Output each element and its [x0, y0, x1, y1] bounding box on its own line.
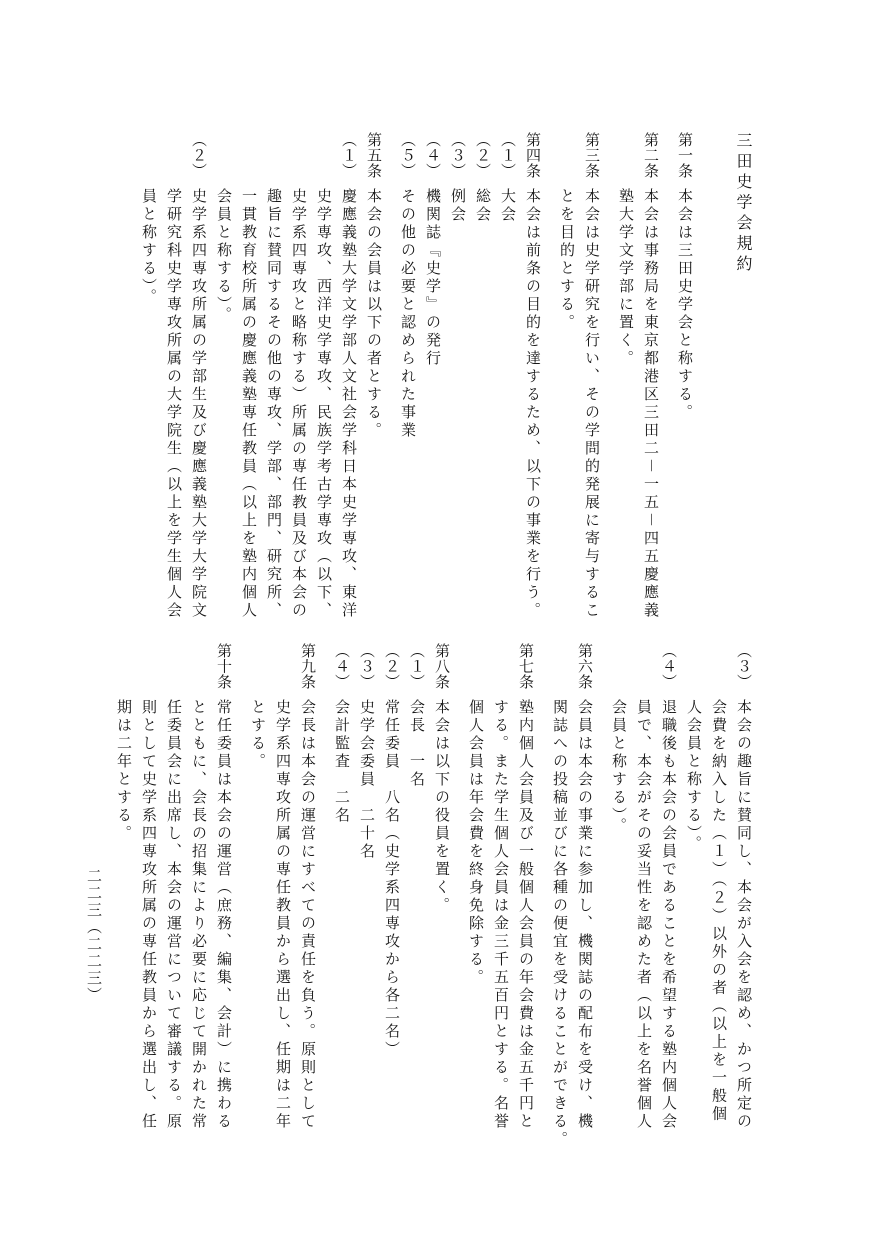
- lower-text-band: （３） 本会の趣旨に賛同し、本会が入会を認め、かつ所定の 会費を納入した（１）（…: [110, 643, 755, 1149]
- column-text: 会員と称する）。: [605, 643, 630, 1149]
- column-text: 史学系四専攻所属の学部生及び慶應義塾大学大学院文: [185, 132, 210, 620]
- article-number: 第一条: [671, 132, 696, 179]
- column-text: 員と称する）。: [135, 132, 160, 620]
- column-text: 関誌への投稿並びに各種の便宜を受けることができる。: [546, 643, 571, 1149]
- text-column: 史学専攻、西洋史学専攻、民族学考古学専攻（以下、: [310, 132, 335, 620]
- column-text: 本会は以下の役員を置く。: [428, 643, 453, 1149]
- text-column: 第八条 本会は以下の役員を置く。: [428, 643, 453, 1149]
- column-text: 常任委員は本会の運営（庶務、編集、会計）に携わる: [210, 643, 235, 1149]
- text-column: （４） 会計監査 二名: [328, 643, 353, 1149]
- text-column: 第九条 会長は本会の運営にすべての責任を負う。原則として: [294, 643, 319, 1149]
- text-column: 期は二年とする。: [110, 643, 135, 1149]
- column-text: 員で、本会がその妥当性を認めた者（以上を名誉個人: [630, 643, 655, 1149]
- column-text: 総会: [469, 132, 494, 620]
- column-text: 例会: [444, 132, 469, 620]
- text-column: 会員と称する）。: [605, 643, 630, 1149]
- text-column: 第三条 本会は史学研究を行い、その学問的発展に寄与するこ: [578, 132, 603, 620]
- column-text: 会長 一名: [403, 643, 428, 1149]
- column-text: 一貫教育校所属の慶應義塾専任教員（以上を塾内個人: [235, 132, 260, 620]
- text-column: （４） 機関誌『史学』の発行: [419, 132, 444, 620]
- column-text: 個人会員は年会費を終身免除する。: [462, 643, 487, 1149]
- article-number: 第五条: [360, 132, 385, 179]
- column-text: 会費を納入した（１）（２）以外の者（以上を一般個: [705, 643, 730, 1149]
- text-column: （１） 大会: [494, 132, 519, 620]
- text-column: （１） 会長 一名: [403, 643, 428, 1149]
- title-column: 三田史学会規約: [730, 132, 755, 620]
- item-number: （５）: [394, 132, 419, 179]
- column-text: 史学系四専攻と略称する）所属の専任教員及び本会の: [285, 132, 310, 620]
- text-column: 任委員会に出席し、本会の運営について審議する。原: [160, 643, 185, 1149]
- document-page: 三田史学会規約 第一条 本会は三田史学会と称する。 第二条 本会は事務局を東京都…: [0, 0, 875, 1240]
- text-column: とする。: [244, 643, 269, 1149]
- text-column: （２） 常任委員 八名（史学系四専攻から各二名）: [378, 643, 403, 1149]
- item-number: （３）: [730, 643, 755, 690]
- upper-text-band: 三田史学会規約 第一条 本会は三田史学会と称する。 第二条 本会は事務局を東京都…: [135, 132, 755, 620]
- text-column: （５） その他の必要と認められた事業: [394, 132, 419, 620]
- item-number: （３）: [353, 643, 378, 690]
- text-column: 会費を納入した（１）（２）以外の者（以上を一般個: [705, 643, 730, 1149]
- text-column: とともに、会長の招集により必要に応じて開かれた常: [185, 643, 210, 1149]
- article-number: 第七条: [512, 643, 537, 690]
- column-text: 期は二年とする。: [110, 643, 135, 1149]
- text-column: 第一条 本会は三田史学会と称する。: [671, 132, 696, 620]
- column-text: 慶應義塾大学文学部人文社会学科日本史学専攻、東洋: [335, 132, 360, 620]
- column-text: 本会は事務局を東京都港区三田二－一五－四五慶應義: [637, 132, 662, 620]
- text-column: 個人会員は年会費を終身免除する。: [462, 643, 487, 1149]
- text-column: （３） 例会: [444, 132, 469, 620]
- column-text: とする。: [244, 643, 269, 1149]
- column-text: 大会: [494, 132, 519, 620]
- item-number: （１）: [335, 132, 360, 179]
- column-text: 塾大学文学部に置く。: [612, 132, 637, 620]
- column-text: 会長は本会の運営にすべての責任を負う。原則として: [294, 643, 319, 1149]
- text-column: 人会員と称する）。: [680, 643, 705, 1149]
- column-text: その他の必要と認められた事業: [394, 132, 419, 620]
- item-number: （３）: [444, 132, 469, 179]
- text-column: 史学系四専攻と略称する）所属の専任教員及び本会の: [285, 132, 310, 620]
- column-text: 本会の趣旨に賛同し、本会が入会を認め、かつ所定の: [730, 643, 755, 1149]
- column-text: する。また学生個人会員は金三千五百円とする。名誉: [487, 643, 512, 1149]
- text-column: （４） 退職後も本会の会員であることを希望する塾内個人会: [655, 643, 680, 1149]
- column-text: 任委員会に出席し、本会の運営について審議する。原: [160, 643, 185, 1149]
- text-column: 第七条 塾内個人会員及び一般個人会員の年会費は金五千円と: [512, 643, 537, 1149]
- text-column: 員と称する）。: [135, 132, 160, 620]
- column-text: 本会は前条の目的を達するため、以下の事業を行う。: [519, 132, 544, 620]
- text-column: 会員と称する）。: [210, 132, 235, 620]
- column-text: 趣旨に賛同するその他の専攻、学部、部門、研究所、: [260, 132, 285, 620]
- column-text: 則として史学系四専攻所属の専任教員から選出し、任: [135, 643, 160, 1149]
- item-number: （２）: [378, 643, 403, 690]
- item-number: （４）: [328, 643, 353, 690]
- text-column: 員で、本会がその妥当性を認めた者（以上を名誉個人: [630, 643, 655, 1149]
- text-column: 第五条 本会の会員は以下の者とする。: [360, 132, 385, 620]
- text-column: 関誌への投稿並びに各種の便宜を受けることができる。: [546, 643, 571, 1149]
- text-column: （２） 総会: [469, 132, 494, 620]
- text-column: 学研究科史学専攻所属の大学院生（以上を学生個人会: [160, 132, 185, 620]
- column-text: 会計監査 二名: [328, 643, 353, 1149]
- text-column: 史学系四専攻所属の専任教員から選出し、任期は二年: [269, 643, 294, 1149]
- article-number: 第二条: [637, 132, 662, 179]
- page-number: 二二三（二二三）: [80, 868, 105, 1004]
- article-number: 第六条: [571, 643, 596, 690]
- column-text: 機関誌『史学』の発行: [419, 132, 444, 620]
- item-number: （１）: [403, 643, 428, 690]
- column-text: 本会は三田史学会と称する。: [671, 132, 696, 620]
- column-text: 会員は本会の事業に参加し、機関誌の配布を受け、機: [571, 643, 596, 1149]
- column-text: とを目的とする。: [553, 132, 578, 620]
- text-column: 第六条 会員は本会の事業に参加し、機関誌の配布を受け、機: [571, 643, 596, 1149]
- column-text: 史学会委員 二十名: [353, 643, 378, 1149]
- document-title: 三田史学会規約: [730, 132, 755, 620]
- column-text: 塾内個人会員及び一般個人会員の年会費は金五千円と: [512, 643, 537, 1149]
- article-number: 第八条: [428, 643, 453, 690]
- column-text: 学研究科史学専攻所属の大学院生（以上を学生個人会: [160, 132, 185, 620]
- text-column: 第二条 本会は事務局を東京都港区三田二－一五－四五慶應義: [637, 132, 662, 620]
- article-number: 第四条: [519, 132, 544, 179]
- article-number: 第十条: [210, 643, 235, 690]
- column-text: 史学専攻、西洋史学専攻、民族学考古学専攻（以下、: [310, 132, 335, 620]
- article-number: 第九条: [294, 643, 319, 690]
- text-column: 第十条 常任委員は本会の運営（庶務、編集、会計）に携わる: [210, 643, 235, 1149]
- text-column: 塾大学文学部に置く。: [612, 132, 637, 620]
- text-column: （２） 史学系四専攻所属の学部生及び慶應義塾大学大学院文: [185, 132, 210, 620]
- text-column: する。また学生個人会員は金三千五百円とする。名誉: [487, 643, 512, 1149]
- text-column: （１） 慶應義塾大学文学部人文社会学科日本史学専攻、東洋: [335, 132, 360, 620]
- text-column: とを目的とする。: [553, 132, 578, 620]
- item-number: （４）: [655, 643, 680, 690]
- item-number: （２）: [469, 132, 494, 179]
- text-column: 第四条 本会は前条の目的を達するため、以下の事業を行う。: [519, 132, 544, 620]
- column-text: 本会は史学研究を行い、その学問的発展に寄与するこ: [578, 132, 603, 620]
- column-text: 会員と称する）。: [210, 132, 235, 620]
- text-column: （３） 史学会委員 二十名: [353, 643, 378, 1149]
- column-text: 退職後も本会の会員であることを希望する塾内個人会: [655, 643, 680, 1149]
- text-column: 趣旨に賛同するその他の専攻、学部、部門、研究所、: [260, 132, 285, 620]
- text-column: （３） 本会の趣旨に賛同し、本会が入会を認め、かつ所定の: [730, 643, 755, 1149]
- column-text: 史学系四専攻所属の専任教員から選出し、任期は二年: [269, 643, 294, 1149]
- text-column: 則として史学系四専攻所属の専任教員から選出し、任: [135, 643, 160, 1149]
- item-number: （２）: [185, 132, 210, 179]
- text-column: 一貫教育校所属の慶應義塾専任教員（以上を塾内個人: [235, 132, 260, 620]
- column-text: とともに、会長の招集により必要に応じて開かれた常: [185, 643, 210, 1149]
- item-number: （４）: [419, 132, 444, 179]
- item-number: （１）: [494, 132, 519, 179]
- column-text: 人会員と称する）。: [680, 643, 705, 1149]
- column-text: 常任委員 八名（史学系四専攻から各二名）: [378, 643, 403, 1149]
- article-number: 第三条: [578, 132, 603, 179]
- column-text: 本会の会員は以下の者とする。: [360, 132, 385, 620]
